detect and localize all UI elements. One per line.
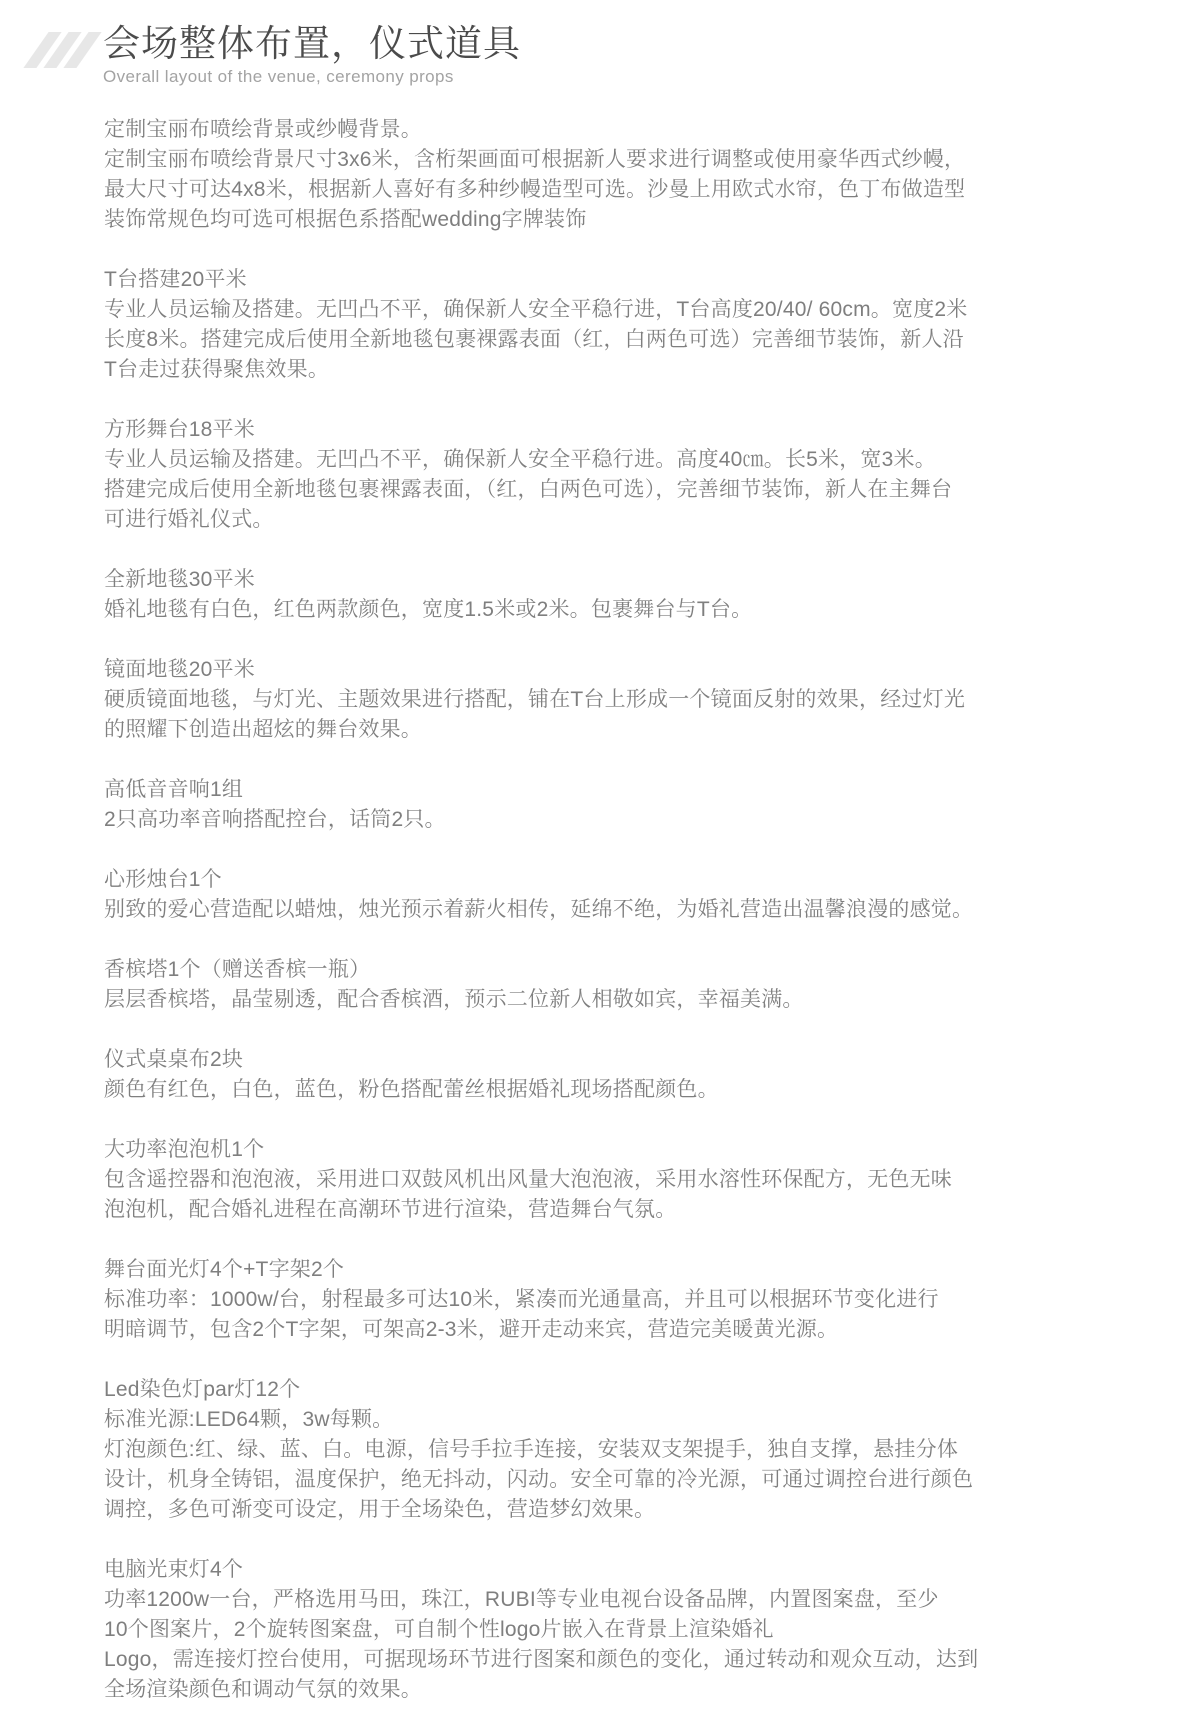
section-square-stage: 方形舞台18平米 专业人员运输及搭建。无凹凸不平，确保新人安全平稳行进。高度40… [104, 415, 1200, 535]
section-text-line: 标准功率：1000w/台，射程最多可达10米，紧凑而光通量高，并且可以根据环节变… [104, 1285, 1200, 1315]
page-title: 会场整体布置，仪式道具 [103, 24, 521, 64]
document-page: 会场整体布置，仪式道具 Overall layout of the venue,… [0, 0, 1200, 1736]
section-text-line: 2只高功率音响搭配控台，话筒2只。 [104, 805, 1200, 835]
section-text-line: 的照耀下创造出超炫的舞台效果。 [104, 715, 1200, 745]
section-text-line: T台走过获得聚焦效果。 [104, 355, 1200, 385]
section-text-line: Logo，需连接灯控台使用，可据现场环节进行图案和颜色的变化，通过转动和观众互动… [104, 1645, 1200, 1675]
section-custom-backdrop: 定制宝丽布喷绘背景或纱幔背景。 定制宝丽布喷绘背景尺寸3x6米，含桁架画面可根据… [104, 115, 1200, 235]
section-text-line: 硬质镜面地毯，与灯光、主题效果进行搭配，铺在T台上形成一个镜面反射的效果，经过灯… [104, 685, 1200, 715]
section-text-line: 层层香槟塔，晶莹剔透，配合香槟酒，预示二位新人相敬如宾，幸福美满。 [104, 985, 1200, 1015]
section-mirror-carpet: 镜面地毯20平米 硬质镜面地毯，与灯光、主题效果进行搭配，铺在T台上形成一个镜面… [104, 655, 1200, 745]
content-body: 定制宝丽布喷绘背景或纱幔背景。 定制宝丽布喷绘背景尺寸3x6米，含桁架画面可根据… [0, 87, 1200, 1705]
section-title: 电脑光束灯4个 [104, 1555, 1200, 1585]
section-text-line: 别致的爱心营造配以蜡烛，烛光预示着薪火相传，延绵不绝，为婚礼营造出温馨浪漫的感觉… [104, 895, 1200, 925]
section-text-line: 最大尺寸可达4x8米，根据新人喜好有多种纱幔造型可选。沙曼上用欧式水帘，色丁布做… [104, 175, 1200, 205]
section-new-carpet: 全新地毯30平米 婚礼地毯有白色，红色两款颜色，宽度1.5米或2米。包裹舞台与T… [104, 565, 1200, 625]
section-text-line: 专业人员运输及搭建。无凹凸不平，确保新人安全平稳行进。高度40㎝。长5米，宽3米… [104, 445, 1200, 475]
section-title: 大功率泡泡机1个 [104, 1135, 1200, 1165]
section-text-line: 全场渲染颜色和调动气氛的效果。 [104, 1675, 1200, 1705]
section-text-line: 10个图案片，2个旋转图案盘，可自制个性logo片嵌入在背景上渲染婚礼 [104, 1615, 1200, 1645]
section-text-line: 功率1200w一台，严格选用马田，珠江，RUBI等专业电视台设备品牌，内置图案盘… [104, 1585, 1200, 1615]
section-text-line: 婚礼地毯有白色，红色两款颜色，宽度1.5米或2米。包裹舞台与T台。 [104, 595, 1200, 625]
section-title: 方形舞台18平米 [104, 415, 1200, 445]
section-title: 镜面地毯20平米 [104, 655, 1200, 685]
section-text-line: 专业人员运输及搭建。无凹凸不平，确保新人安全平稳行进，T台高度20/40/ 60… [104, 295, 1200, 325]
section-sound-system: 高低音音响1组 2只高功率音响搭配控台，话筒2只。 [104, 775, 1200, 835]
section-text-line: 灯泡颜色:红、绿、蓝、白。电源，信号手拉手连接，安装双支架提手，独自支撑，悬挂分… [104, 1435, 1200, 1465]
section-title: 仪式桌桌布2块 [104, 1045, 1200, 1075]
section-text-line: 明暗调节，包含2个T字架，可架高2-3米，避开走动来宾，营造完美暖黄光源。 [104, 1315, 1200, 1345]
section-text-line: 可进行婚礼仪式。 [104, 505, 1200, 535]
section-title: 舞台面光灯4个+T字架2个 [104, 1255, 1200, 1285]
section-title: Led染色灯par灯12个 [104, 1375, 1200, 1405]
section-title: T台搭建20平米 [104, 265, 1200, 295]
header-text: 会场整体布置，仪式道具 Overall layout of the venue,… [103, 24, 521, 87]
section-text-line: 装饰常规色均可选可根据色系搭配wedding字牌装饰 [104, 205, 1200, 235]
section-title: 香槟塔1个（赠送香槟一瓶） [104, 955, 1200, 985]
section-stage-front-lights: 舞台面光灯4个+T字架2个 标准功率：1000w/台，射程最多可达10米，紧凑而… [104, 1255, 1200, 1345]
section-text-line: 调控，多色可渐变可设定，用于全场染色，营造梦幻效果。 [104, 1495, 1200, 1525]
section-ceremony-tablecloth: 仪式桌桌布2块 颜色有红色，白色，蓝色，粉色搭配蕾丝根据婚礼现场搭配颜色。 [104, 1045, 1200, 1105]
section-heart-candlestick: 心形烛台1个 别致的爱心营造配以蜡烛，烛光预示着薪火相传，延绵不绝，为婚礼营造出… [104, 865, 1200, 925]
page-header: 会场整体布置，仪式道具 Overall layout of the venue,… [0, 0, 1200, 87]
section-title: 全新地毯30平米 [104, 565, 1200, 595]
section-text-line: 泡泡机，配合婚礼进程在高潮环节进行渲染，营造舞台气氛。 [104, 1195, 1200, 1225]
section-led-par-lights: Led染色灯par灯12个 标准光源:LED64颗，3w每颗。 灯泡颜色:红、绿… [104, 1375, 1200, 1525]
section-text-line: 设计，机身全铸铝，温度保护，绝无抖动，闪动。安全可靠的冷光源，可通过调控台进行颜… [104, 1465, 1200, 1495]
section-computer-beam-lights: 电脑光束灯4个 功率1200w一台，严格选用马田，珠江，RUBI等专业电视台设备… [104, 1555, 1200, 1705]
section-text-line: 定制宝丽布喷绘背景尺寸3x6米，含桁架画面可根据新人要求进行调整或使用豪华西式纱… [104, 145, 1200, 175]
section-text-line: 颜色有红色，白色，蓝色，粉色搭配蕾丝根据婚礼现场搭配颜色。 [104, 1075, 1200, 1105]
section-text-line: 包含遥控器和泡泡液，采用进口双鼓风机出风量大泡泡液，采用水溶性环保配方，无色无味 [104, 1165, 1200, 1195]
section-text-line: 长度8米。搭建完成后使用全新地毯包裹裸露表面（红，白两色可选）完善细节装饰，新人… [104, 325, 1200, 355]
section-title: 定制宝丽布喷绘背景或纱幔背景。 [104, 115, 1200, 145]
section-bubble-machine: 大功率泡泡机1个 包含遥控器和泡泡液，采用进口双鼓风机出风量大泡泡液，采用水溶性… [104, 1135, 1200, 1225]
section-champagne-tower: 香槟塔1个（赠送香槟一瓶） 层层香槟塔，晶莹剔透，配合香槟酒，预示二位新人相敬如… [104, 955, 1200, 1015]
section-title: 高低音音响1组 [104, 775, 1200, 805]
section-text-line: 搭建完成后使用全新地毯包裹裸露表面，（红，白两色可选），完善细节装饰，新人在主舞… [104, 475, 1200, 505]
section-t-runway: T台搭建20平米 专业人员运输及搭建。无凹凸不平，确保新人安全平稳行进，T台高度… [104, 265, 1200, 385]
section-text-line: 标准光源:LED64颗，3w每颗。 [104, 1405, 1200, 1435]
section-title: 心形烛台1个 [104, 865, 1200, 895]
triple-slash-decoration-icon [36, 32, 89, 68]
page-subtitle: Overall layout of the venue, ceremony pr… [103, 67, 521, 87]
